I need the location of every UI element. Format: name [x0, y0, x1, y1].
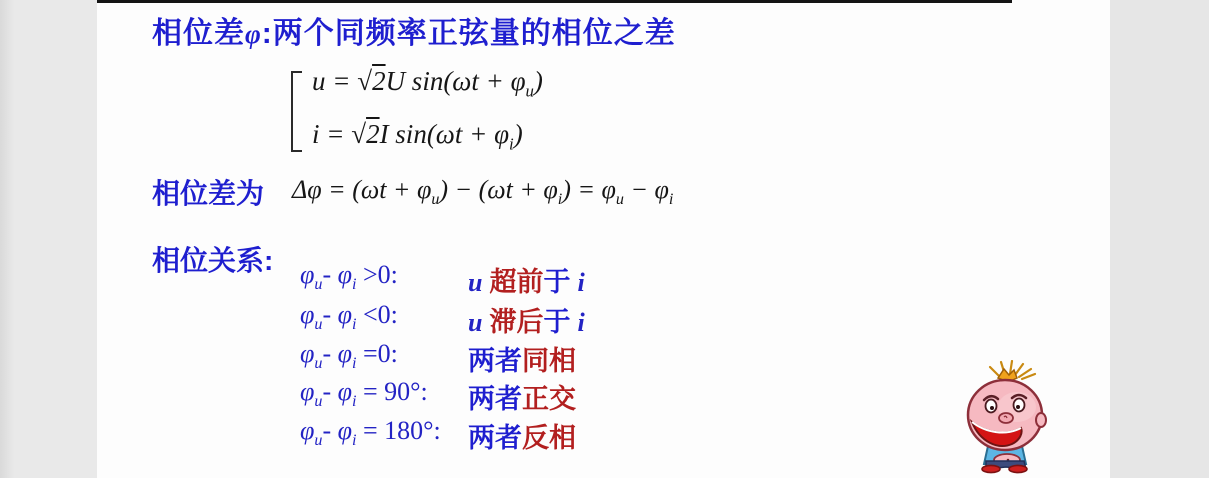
result-text: 两者反相: [468, 416, 576, 455]
slide-title: 相位差φ:两个同频率正弦量的相位之差: [152, 8, 676, 52]
equation-i: i = √2I sin(ωt + φi): [312, 119, 523, 150]
mascot-cartoon-svg: [960, 360, 1052, 474]
relation-row-2: φu- φi <0: u滞后于i: [300, 300, 398, 332]
condition-text: φu- φi = 90°:: [300, 377, 428, 406]
condition-text: φu- φi = 180°:: [300, 416, 441, 445]
equation-u: u = √2U sin(ωt + φu): [312, 66, 543, 97]
result-text: u滞后于i: [468, 300, 585, 339]
relation-row-3: φu- φi =0: 两者同相: [300, 339, 398, 371]
condition-text: φu- φi <0:: [300, 300, 398, 329]
phase-relation-label: 相位关系:: [152, 239, 273, 279]
relation-row-4: φu- φi = 90°: 两者正交: [300, 377, 428, 409]
phase-diff-equation: Δφ = (ωt + φu) − (ωt + φi) = φu − φi: [292, 175, 673, 205]
condition-text: φu- φi >0:: [300, 260, 398, 289]
equation-left-bracket: [291, 71, 302, 152]
result-text: 两者正交: [468, 377, 576, 416]
relation-row-1: φu- φi >0: u超前于i: [300, 260, 398, 292]
phi-symbol: φ: [245, 19, 262, 49]
right-gray-margin: [1110, 0, 1209, 478]
slide-page: { "colors": {"blue": "#1e1ecf", "red": "…: [0, 0, 1209, 478]
left-gray-margin: [0, 0, 97, 478]
result-text: 两者同相: [468, 339, 576, 378]
result-text: u超前于i: [468, 260, 585, 299]
relation-row-5: φu- φi = 180°: 两者反相: [300, 416, 441, 448]
mascot-cartoon-boy: [960, 360, 1052, 478]
top-black-line: [97, 0, 1012, 3]
condition-text: φu- φi =0:: [300, 339, 398, 368]
phase-diff-label: 相位差为: [152, 172, 264, 212]
